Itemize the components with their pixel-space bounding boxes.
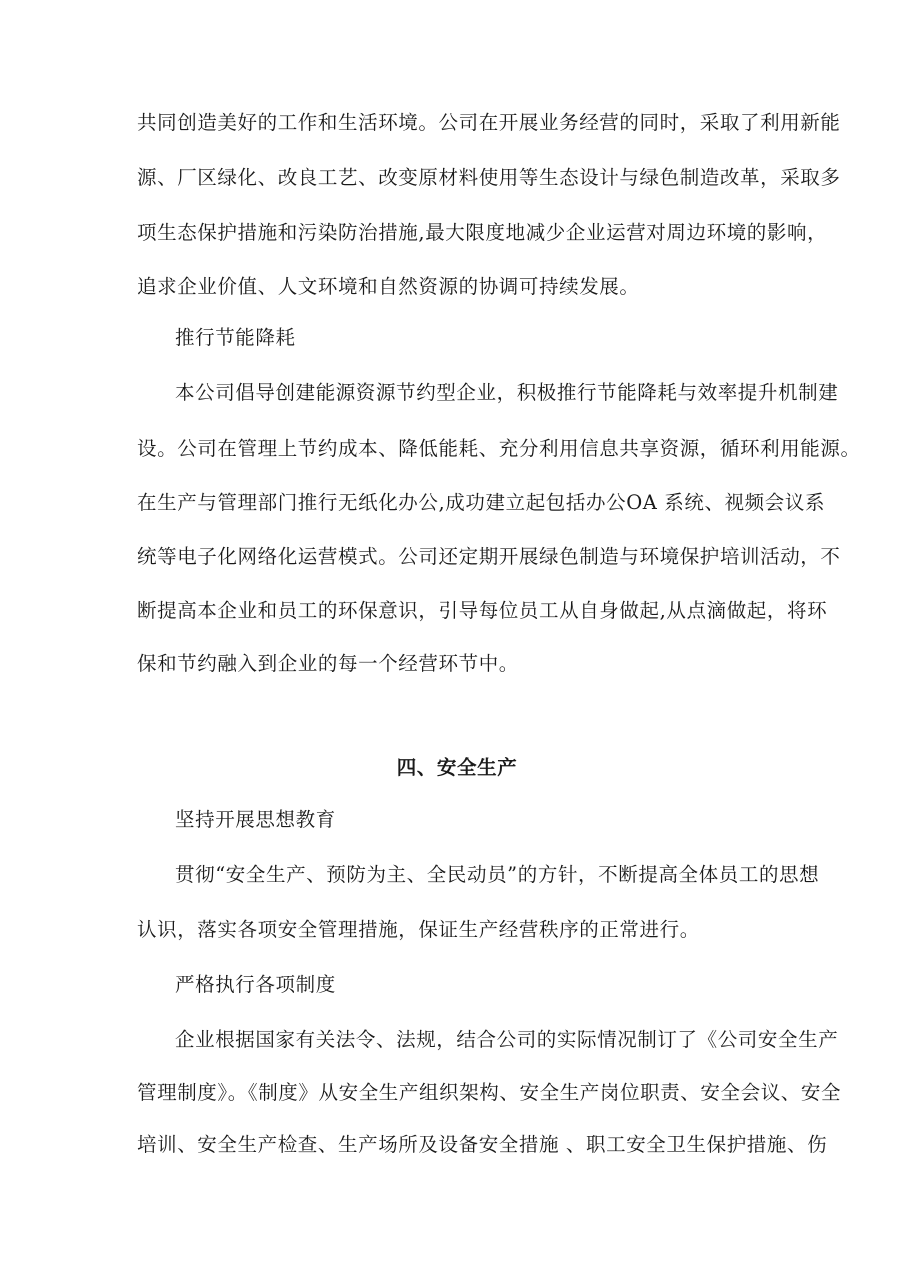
paragraph-line: 项生态保护措施和污染防治措施,最大限度地减少企业运营对周边环境的影响，	[137, 219, 777, 247]
paragraph-line: 保和节约融入到企业的每一个经营环节中。	[137, 650, 777, 678]
subheading-strict-rules: 严格执行各项制度	[137, 971, 777, 999]
paragraph-line: 在生产与管理部门推行无纸化办公,成功建立起包括办公OA 系统、视频会议系	[137, 489, 777, 517]
section-title: 四、安全生产	[137, 754, 777, 782]
paragraph-line: 追求企业价值、人文环境和自然资源的协调可持续发展。	[137, 273, 777, 301]
paragraph-line: 企业根据国家有关法令、法规，结合公司的实际情况制订了《公司安全生产	[137, 1026, 777, 1054]
paragraph-line: 管理制度》。《制度》从安全生产组织架构、安全生产岗位职责、安全会议、安全	[137, 1079, 777, 1107]
subheading-energy-saving: 推行节能降耗	[137, 324, 777, 352]
paragraph-line: 贯彻“安全生产、预防为主、全民动员”的方针，不断提高全体员工的思想	[137, 861, 777, 889]
paragraph-line: 共同创造美好的工作和生活环境。公司在开展业务经营的同时，采取了利用新能	[137, 109, 777, 137]
paragraph-line: 认识，落实各项安全管理措施，保证生产经营秩序的正常进行。	[137, 916, 777, 944]
paragraph-line: 源、厂区绿化、改良工艺、改变原材料使用等生态设计与绿色制造改革，采取多	[137, 164, 777, 192]
paragraph-line: 设。公司在管理上节约成本、降低能耗、充分利用信息共享资源，循环利用能源。	[137, 435, 777, 463]
subheading-ideological-education: 坚持开展思想教育	[137, 806, 777, 834]
document-page: 共同创造美好的工作和生活环境。公司在开展业务经营的同时，采取了利用新能 源、厂区…	[0, 0, 900, 1273]
paragraph-line: 统等电子化网络化运营模式。公司还定期开展绿色制造与环境保护培训活动，不	[137, 543, 777, 571]
paragraph-line: 断提高本企业和员工的环保意识，引导每位员工从自身做起,从点滴做起，将环	[137, 597, 777, 625]
paragraph-line: 培训、安全生产检查、生产场所及设备安全措施 、职工安全卫生保护措施、伤	[137, 1131, 777, 1159]
paragraph-line: 本公司倡导创建能源资源节约型企业，积极推行节能降耗与效率提升机制建	[137, 379, 777, 407]
